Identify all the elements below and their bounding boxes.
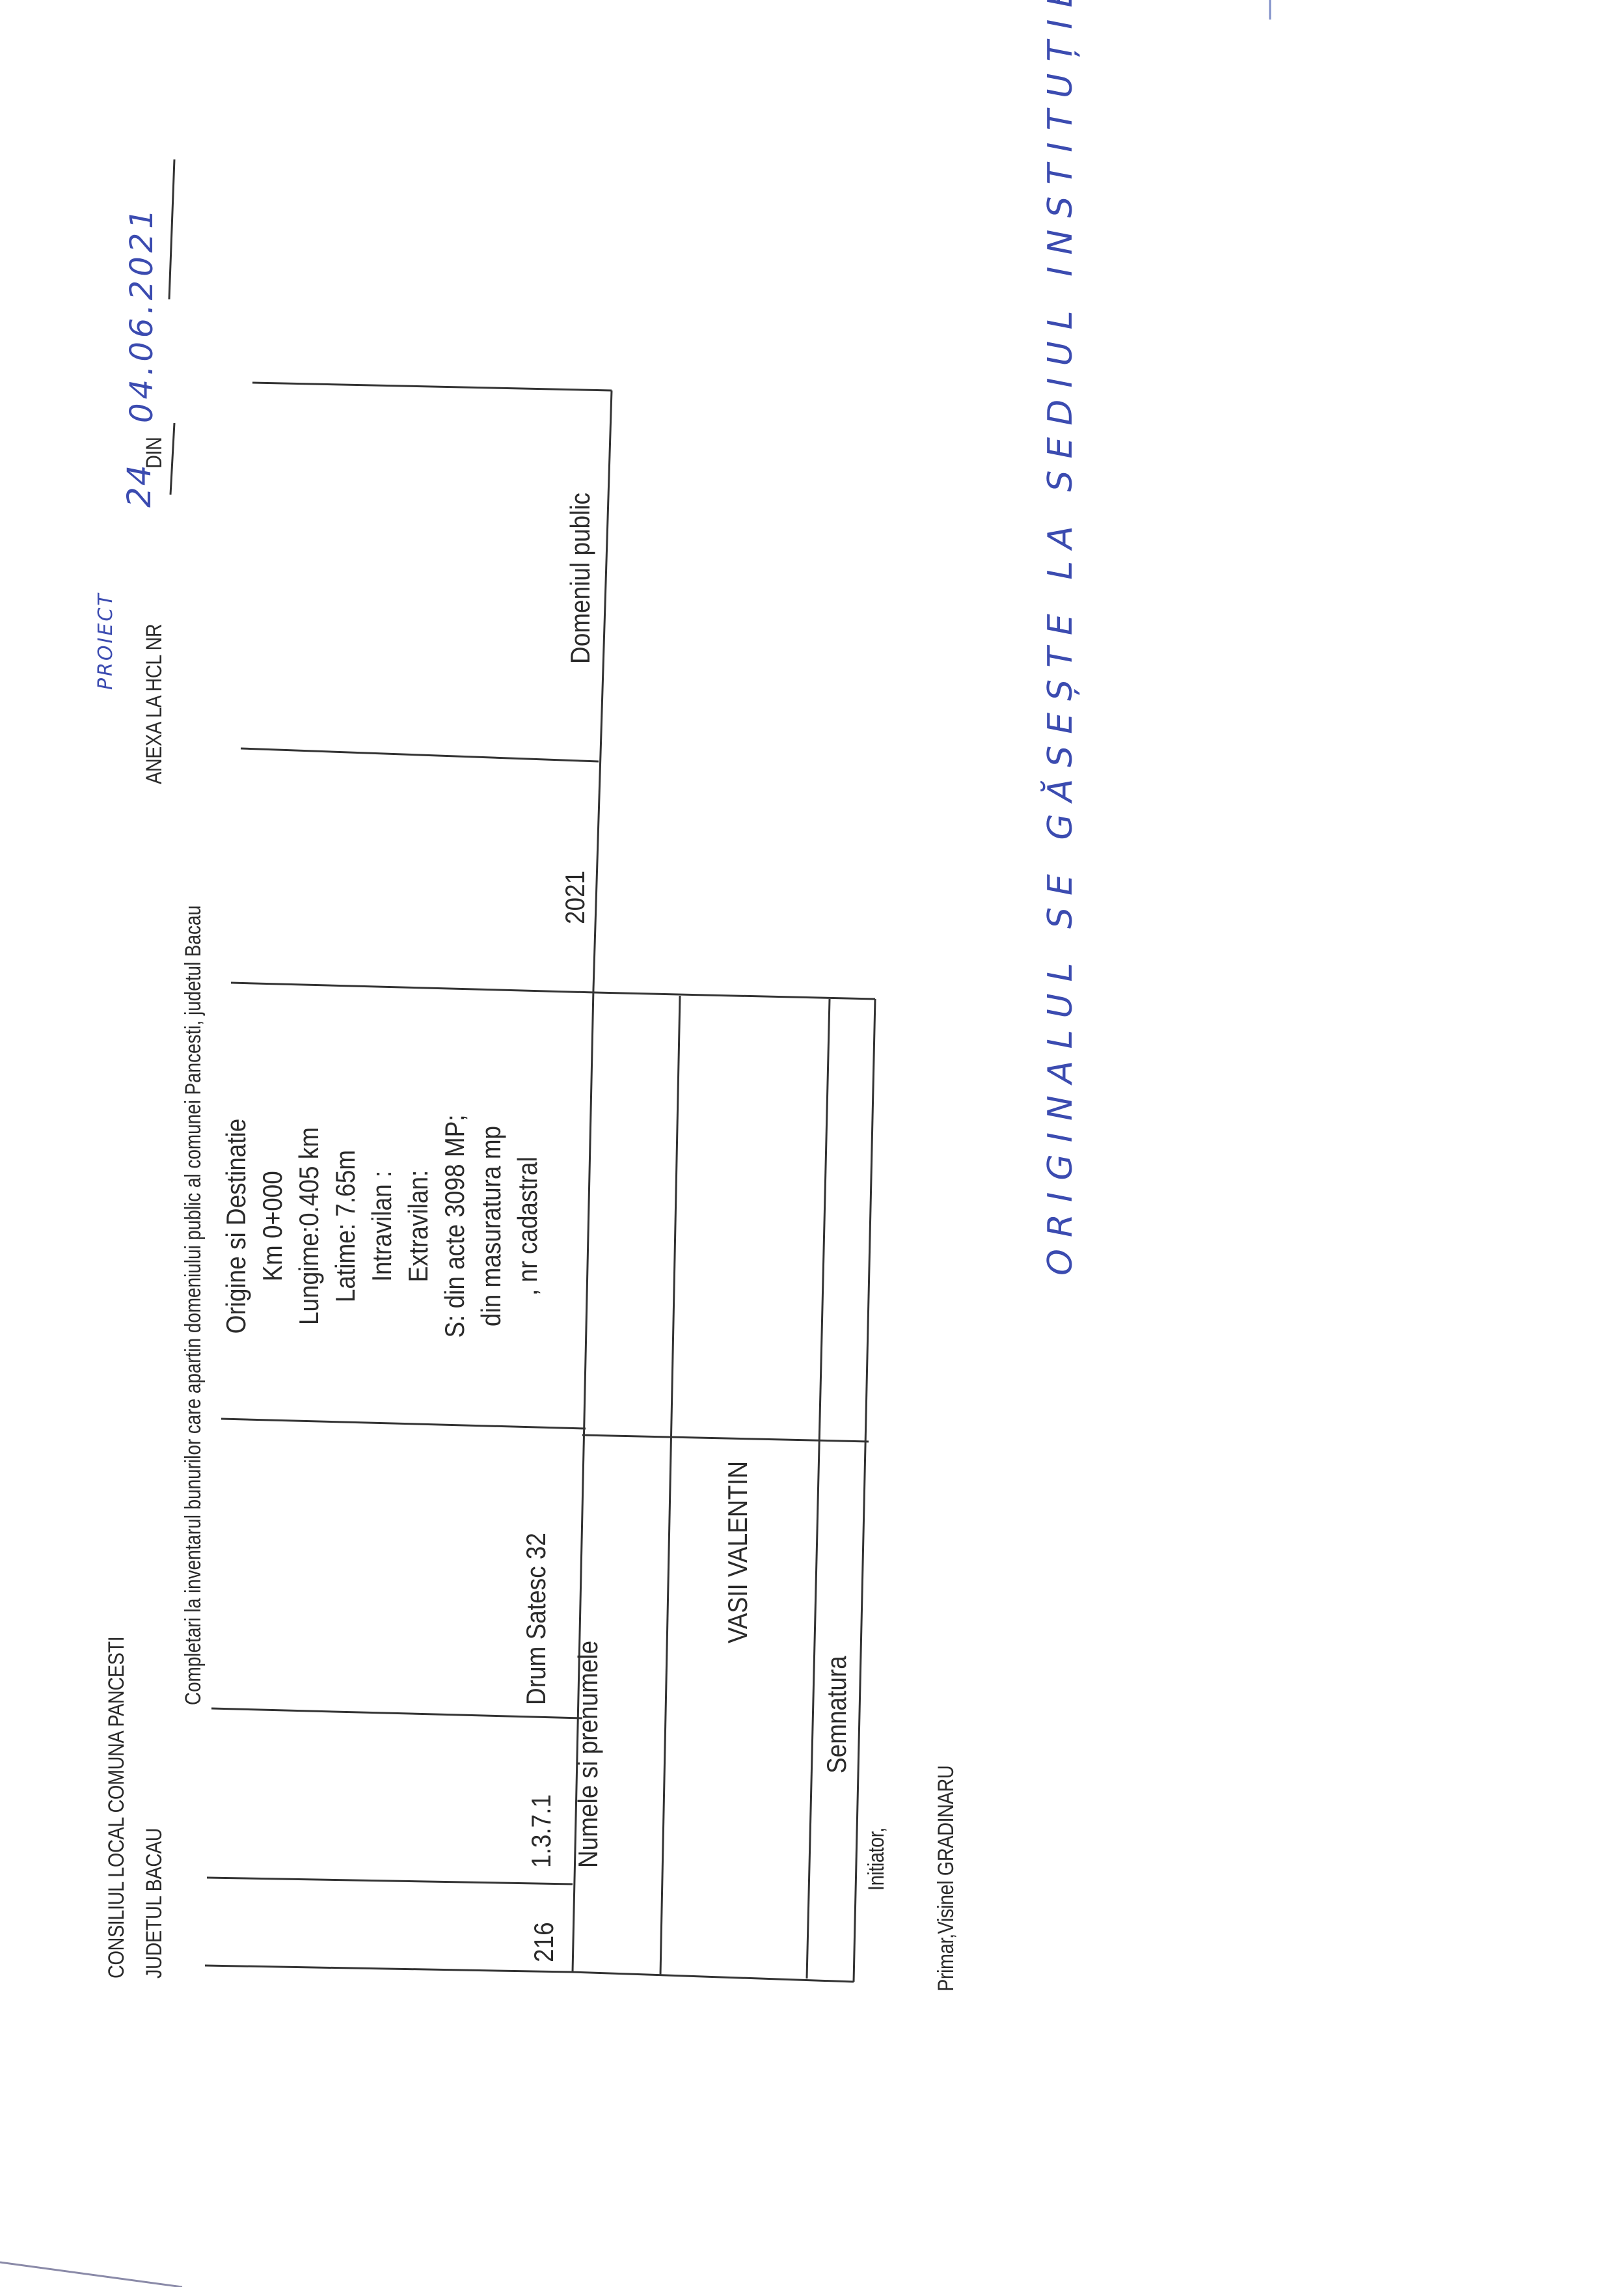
signature-header: Semnatura [821, 1656, 852, 1773]
scanned-document-page: CONSILIUL LOCAL COMUNA PANCESTI JUDETUL … [0, 0, 1624, 2287]
annex-number-handwritten: 24 [120, 463, 158, 508]
annex-date-handwritten: 04.06.2021 [124, 205, 160, 423]
cell-denumire: Drum Satesc 32 [521, 1533, 552, 1705]
county-name: JUDETUL BACAU [142, 1828, 167, 1979]
initiator-label: Initiator, [864, 1828, 889, 1891]
annex-label: ANEXA LA HCL NR [142, 624, 167, 784]
cell-cod-clasificare: 1.3.7.1 [526, 1794, 557, 1868]
cell-nr-crt: 216 [528, 1922, 560, 1962]
annex-din-label: DIN [142, 437, 167, 469]
project-stamp-handwritten: PROIECT [94, 592, 117, 690]
name-header: Numele si prenumele [573, 1641, 604, 1868]
cell-elemente-identificare: Origine si Destinatie Km 0+000 Lungime:0… [218, 1040, 546, 1412]
cell-situatie-juridica: Domeniul public [565, 493, 596, 664]
handwritten-original-note: ORIGINALUL SE GĂSEȘTE LA SEDIUL INSTITUȚ… [1041, 0, 1080, 1276]
document-title: Completari la inventarul bunurilor care … [181, 905, 206, 1705]
name-value: VASII VALENTIN [722, 1461, 753, 1643]
cell-an-dobandire: 2021 [560, 871, 591, 924]
council-name: CONSILIUL LOCAL COMUNA PANCESTI [104, 1637, 129, 1979]
mayor-signature-name: Primar,Visinel GRADINARU [934, 1766, 959, 1992]
